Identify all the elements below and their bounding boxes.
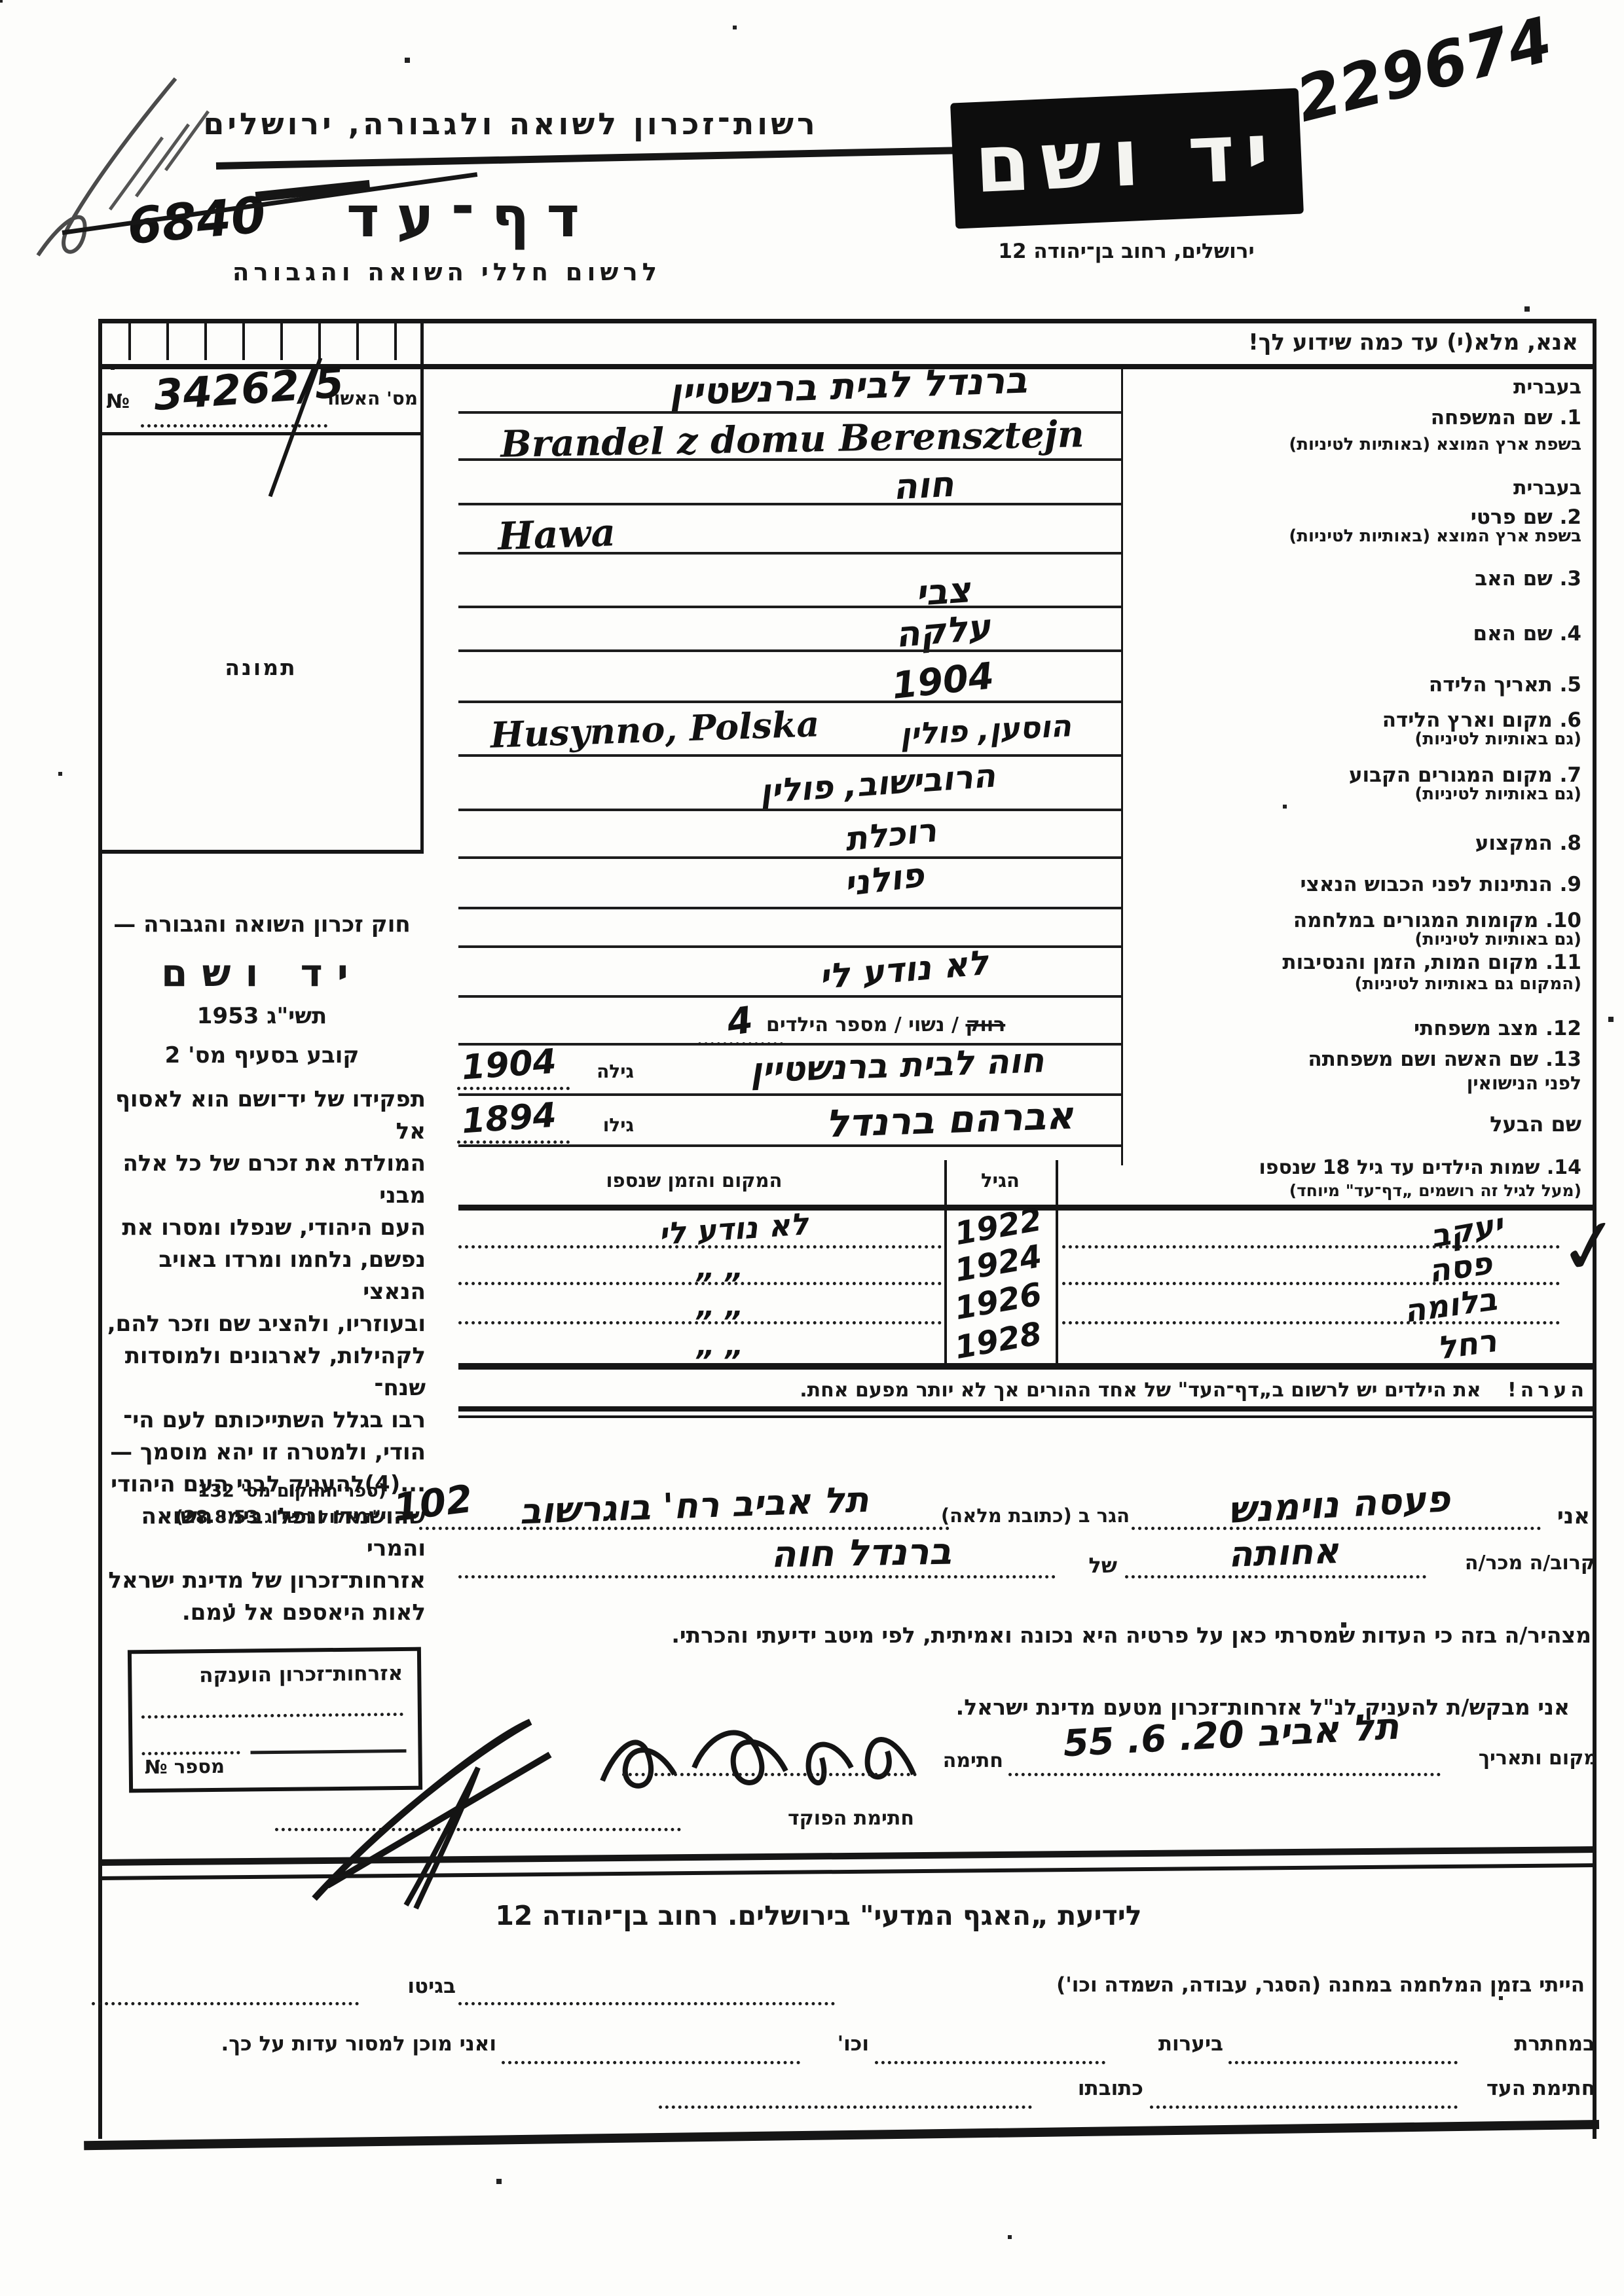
declaration-relation-label: קרוב/ה מכר/ה bbox=[1431, 1552, 1595, 1575]
field13-label: 13. שם האשה ושם משפחתה bbox=[1130, 1048, 1581, 1071]
margin-checkmark: ✓ bbox=[1530, 1199, 1624, 1298]
law-citation-2: י"ז אלול תשי"ג 28.8.53) bbox=[111, 1507, 386, 1527]
witness-address-line bbox=[659, 2082, 1032, 2109]
field1-label: 1. שם המשפחה bbox=[1130, 406, 1581, 429]
footer-ready-label: ואני מוכן למסור עדות על כך. bbox=[117, 2032, 496, 2056]
field13-value: חוה לבית ברנשטיין bbox=[674, 1038, 1120, 1093]
children-label: 14. שמות הילדים עד גיל 18 שנספו bbox=[1130, 1156, 1581, 1179]
law-year: תשי"ג 1953 bbox=[98, 1003, 426, 1029]
authority-header: רשות־זכרון לשואה ולגבורה, ירושלים bbox=[183, 106, 838, 141]
field12-options: רווק / נשוי / מספר הילדים bbox=[766, 1013, 1120, 1036]
witness-signature-label: חתימת העד bbox=[1464, 2077, 1595, 2100]
fill-instruction: אנא, מלא(י) עד כמה שידוע לך! bbox=[655, 329, 1578, 355]
field5-line bbox=[458, 701, 1121, 703]
field1-lang-label: בעברית bbox=[1130, 376, 1581, 399]
law-text-line: לקהילות, לארגונים ולמוסדות שנח־ bbox=[105, 1340, 426, 1404]
place-date-line bbox=[1008, 1749, 1441, 1776]
field1-sub-label: בשפת ארץ המוצא (באותיות לטיניות) bbox=[1130, 435, 1581, 454]
field8-line bbox=[458, 856, 1121, 859]
field13-age-line bbox=[457, 1063, 570, 1090]
testimony-page-scan: רשות־זכרון לשואה ולגבורה, ירושלים 6840 ד… bbox=[0, 0, 1624, 2296]
declaration-statement: מצהיר/ה בזה כי העדות שמסרתי כאן על פרטיה… bbox=[458, 1622, 1591, 1648]
field13-age-label: גילה bbox=[568, 1061, 634, 1082]
memorial-citizenship-box: אזרחות־זכרון הוענקה מספר № bbox=[128, 1647, 422, 1793]
yad-vashem-logo: יד ושם bbox=[950, 88, 1304, 228]
footer-info-title: לידיעת „האגף המדעי" בירושלים. רחוב בן־יה… bbox=[255, 1900, 1382, 1931]
law-text-line: המולדת את זכרם של כל אלה מבני bbox=[105, 1148, 426, 1212]
child-row-line bbox=[458, 1258, 942, 1285]
declarant-address-line bbox=[419, 1503, 950, 1530]
children-place-header: המקום והזמן שנספו bbox=[498, 1169, 891, 1192]
field9-line bbox=[458, 907, 1121, 909]
note-text: את הילדים יש לרשום ב„דף־העד" של אחד ההור… bbox=[800, 1379, 1481, 1402]
signature-line bbox=[622, 1749, 917, 1776]
field13-sub-label: לפני הנישואין bbox=[1130, 1072, 1581, 1094]
field3-label: 3. שם האב bbox=[1130, 567, 1581, 591]
bottom-rule bbox=[84, 2120, 1599, 2150]
handwritten-file-number: 229674 bbox=[1279, 1, 1570, 139]
law-heading: חוק זכרון השואה והגבורה — bbox=[98, 911, 426, 938]
field11-sub-label: (המקום גם באותיות לטיניות) bbox=[1130, 974, 1581, 994]
field10-label: 10. מקומות המגורים במלחמה bbox=[1130, 909, 1581, 932]
footer-underground-line bbox=[1228, 2037, 1458, 2064]
declaration-of-label: של bbox=[1065, 1553, 1117, 1578]
memorial-box-number-label: מספר № bbox=[145, 1755, 225, 1778]
memorial-box-title: אזרחות־זכרון הוענקה bbox=[199, 1662, 403, 1687]
witness-signature-line bbox=[1150, 2082, 1458, 2109]
footer-camps-label: הייתי בזמן המלחמה במחנה (הסגר, עבודה, הש… bbox=[845, 1973, 1585, 1997]
footer-camps-line bbox=[458, 1978, 835, 2005]
law-name: יד ושם bbox=[98, 951, 426, 995]
form-subtitle: לרשום חללי השואה והגבורה bbox=[282, 258, 661, 286]
approval-row-bottom-rule bbox=[98, 432, 424, 435]
law-text-line: לאות היאספם אל עמם. bbox=[105, 1597, 426, 1629]
children-age-header: הגיל bbox=[946, 1169, 1054, 1192]
memorial-box-line-3 bbox=[250, 1735, 406, 1754]
clerk-signature-label: חתימת הפוקד bbox=[692, 1807, 914, 1830]
field10-sub-label: (גם באותיות לטיניות) bbox=[1130, 930, 1581, 949]
law-text-line: העם היהודי, שנפלו ומסרו את bbox=[105, 1212, 426, 1244]
law-text-line: רבו בגלל השתייכותם לעם הי־ bbox=[105, 1404, 426, 1436]
law-text: תפקידו של יד־ושם הוא לאסוף אל המולדת את … bbox=[105, 1084, 426, 1629]
field12-options-rest: / נשוי / מספר הילדים bbox=[766, 1013, 959, 1036]
note-line: הערה! את הילדים יש לרשום ב„דף־העד" של אח… bbox=[458, 1379, 1588, 1402]
husband-age-line bbox=[457, 1117, 570, 1144]
field12-count-line bbox=[698, 1019, 783, 1046]
photo-box-bottom-border bbox=[98, 850, 424, 854]
form-rule-top bbox=[98, 319, 1596, 323]
scan-noise bbox=[0, 0, 3, 3]
note-label: הערה! bbox=[1507, 1379, 1588, 1402]
child-row-line bbox=[1062, 1258, 1560, 1285]
declaration-address-label: הגר ב (כתובת מלאה) bbox=[950, 1504, 1130, 1527]
field7-label: 7. מקום המגורים הקבוע bbox=[1130, 763, 1581, 787]
declaration-i-label: אני bbox=[1544, 1503, 1590, 1529]
law-text-line: אזרחות־זכרון של מדינת ישראל bbox=[105, 1565, 426, 1597]
field12-label: 12. מצב משפחתי bbox=[1130, 1017, 1581, 1040]
field11-line bbox=[458, 995, 1121, 998]
children-table-bottom-rule bbox=[458, 1363, 1596, 1370]
field6-sub-label: (גם באותיות לטיניות) bbox=[1130, 729, 1581, 749]
field12-option-crossed: רווק bbox=[965, 1013, 1005, 1036]
footer-forests-label: ביערות bbox=[1112, 2032, 1223, 2056]
field5-label: 5. תאריך הלידה bbox=[1130, 673, 1581, 697]
logo-address: ירושלים, רחוב בן־יהודה 12 bbox=[930, 240, 1323, 263]
footer-forests-line bbox=[875, 2037, 1105, 2064]
law-text-line: תפקידו של יד־ושם הוא לאסוף אל bbox=[105, 1084, 426, 1148]
field5-value: 1904 bbox=[836, 649, 1049, 713]
field8-label: 8. המקצוע bbox=[1130, 831, 1581, 855]
field6-label: 6. מקום וארץ הלידה bbox=[1130, 708, 1581, 732]
child-row-line bbox=[1062, 1298, 1560, 1324]
field2-lang-label: בעברית bbox=[1130, 477, 1581, 500]
note-bottom-rule-2 bbox=[458, 1415, 1596, 1418]
field7-sub-label: (גם באותיות לטיניות) bbox=[1130, 784, 1581, 804]
photo-placeholder: תמונה bbox=[98, 655, 424, 680]
memorial-box-line-1 bbox=[141, 1698, 403, 1719]
law-text-line: נפשם, נלחמו ומרדו באויב הנאצי bbox=[105, 1244, 426, 1308]
law-text-line: הודי, ולמטרה זו יהא מוסמך — bbox=[105, 1436, 426, 1468]
field6-value-hebrew: הוסען, פולין bbox=[851, 705, 1120, 754]
child-row-line bbox=[458, 1222, 942, 1248]
field2-label: 2. שם פרטי bbox=[1130, 505, 1581, 529]
husband-age-label: גילו bbox=[568, 1114, 634, 1136]
field2-sub-label: בשפת ארץ המוצא (באותיות לטיניות) bbox=[1130, 526, 1581, 546]
declarant-relation-line bbox=[1125, 1552, 1426, 1578]
field2-value-latin: Hawa bbox=[497, 505, 773, 559]
memorial-box-line-2 bbox=[141, 1737, 240, 1756]
child-row-line bbox=[458, 1298, 942, 1324]
declarant-of-line bbox=[458, 1552, 1056, 1578]
law-text-line: ובעוזריו, ולהציב שם וזכר להם, bbox=[105, 1308, 426, 1340]
comb-ticks bbox=[128, 322, 131, 360]
child-place: „ „ bbox=[609, 1329, 832, 1362]
form-title: דף־עד bbox=[314, 185, 629, 250]
field11-label: 11. מקום המות, הזמן והנסיבות bbox=[1130, 951, 1581, 974]
yad-vashem-logo-text: יד ושם bbox=[950, 88, 1304, 227]
witness-address-label: כתובתו bbox=[1039, 2077, 1143, 2100]
husband-value: אברהם ברנדל bbox=[739, 1090, 1160, 1149]
field6-value-latin: Husynno, Polska bbox=[461, 702, 849, 757]
fields-divider bbox=[1121, 369, 1123, 1165]
note-bottom-rule-1 bbox=[458, 1406, 1596, 1412]
child-row-line bbox=[1062, 1222, 1560, 1248]
law-citation-1: (ספר החוקים מס' 132 bbox=[111, 1481, 386, 1501]
children-col-line-right bbox=[1056, 1160, 1058, 1367]
footer-ghetto-line bbox=[92, 1978, 359, 2005]
photo-box-right-border bbox=[420, 319, 424, 853]
footer-ghetto-label: בגיטו bbox=[364, 1975, 456, 1998]
husband-label: שם הבעל bbox=[1130, 1112, 1581, 1137]
footer-etc-line bbox=[502, 2037, 800, 2064]
field2-line-latin bbox=[458, 552, 1121, 555]
husband-line bbox=[458, 1144, 1121, 1147]
field9-label: 9. הנתינות לפני הכבוש הנאצי bbox=[1130, 873, 1581, 896]
approval-number-symbol: № bbox=[106, 390, 139, 413]
declarant-name-line bbox=[1132, 1503, 1541, 1530]
place-date-label: מקום ותאריך bbox=[1441, 1747, 1598, 1770]
field2-line-hebrew bbox=[458, 503, 1121, 505]
children-sub-label: (מעל לגיל זה רושמים „דף־עד" מיוחד) bbox=[1130, 1181, 1581, 1200]
field4-label: 4. שם האם bbox=[1130, 622, 1581, 646]
law-clause: קובע בסעיף מס' 2 bbox=[98, 1042, 426, 1068]
footer-etc-label: וכו' bbox=[807, 2032, 869, 2056]
form-border-left bbox=[98, 319, 102, 2139]
footer-underground-label: במחתרת bbox=[1464, 2032, 1595, 2056]
